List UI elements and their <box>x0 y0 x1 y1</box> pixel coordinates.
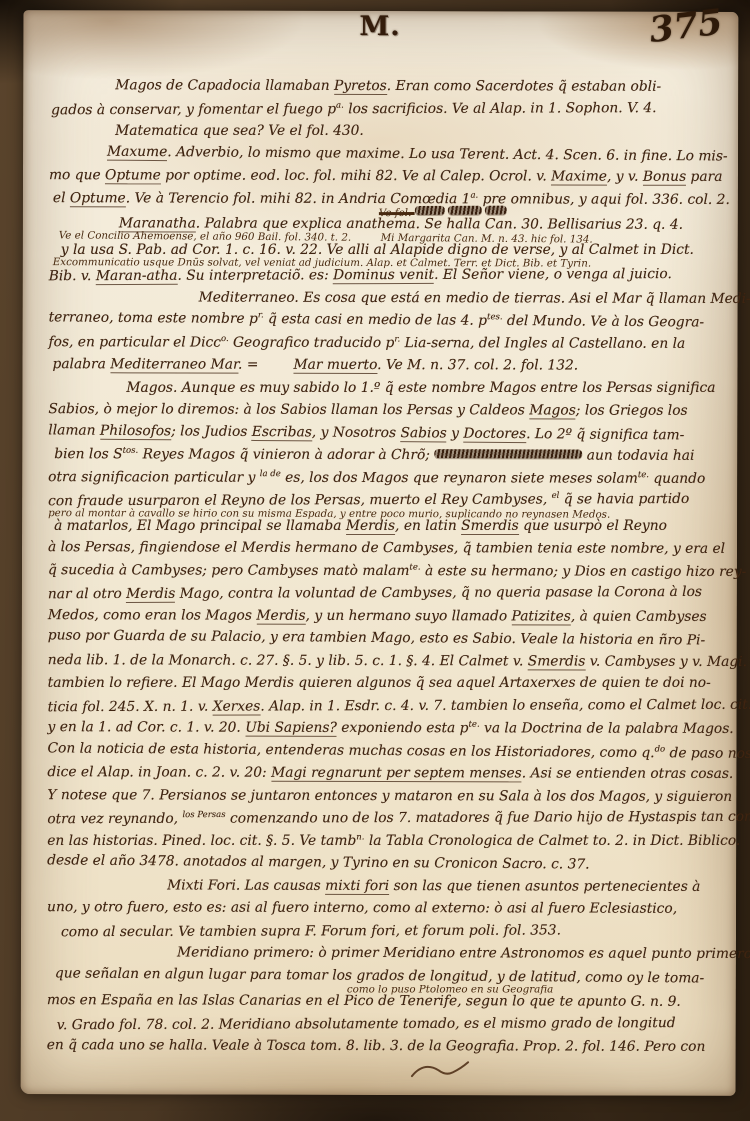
text-segment: que usurpò el Reyno <box>519 518 667 534</box>
text-segment: por optime. eod. loc. fol. mihi 82. Ve a… <box>161 167 551 184</box>
text-segment: pre omnibus, y aqui fol. 336. col. 2. <box>478 191 730 208</box>
manuscript-line: Magos de Capadocia llamaban Pyretos. Era… <box>115 74 736 98</box>
underlined-term: Smerdis <box>528 653 586 670</box>
superscript-insertion: los Persas <box>182 810 225 820</box>
text-segment: . Adverbio, lo mismo que maxime. Lo usa … <box>167 144 727 164</box>
text-segment: como al secular. Ve tambien supra F. For… <box>61 922 561 940</box>
text-segment: mo que <box>49 167 105 183</box>
text-segment: palabra <box>52 356 110 372</box>
manuscript-line: Magos. Aunque es muy sabido lo 1.º q̃ es… <box>126 377 735 400</box>
text-segment: , à quien Cambyses <box>571 608 707 624</box>
underlined-term: Mediterraneo Mar <box>110 356 238 373</box>
underlined-term: Pyretos <box>334 78 387 95</box>
text-segment: . El Señor viene, o venga al juicio. <box>434 266 672 283</box>
text-segment: Con la noticia de esta historia, entende… <box>47 740 654 761</box>
text-segment: el <box>53 190 70 206</box>
section-letter: M. <box>359 11 400 42</box>
text-segment: . Lo 2º q̃ significa tam- <box>526 426 684 443</box>
manuscript-line: con fraude usurparon el Reyno de los Per… <box>48 488 735 513</box>
manuscript-line: ticia fol. 245. X. n. 1. v. Xerxes. Alap… <box>48 693 735 718</box>
manuscript-line: tambien lo refiere. El Mago Merdis quier… <box>48 672 735 695</box>
superscript-insertion: tes. <box>487 312 503 322</box>
manuscript-line: gados à conservar, y fomentar el fuego p… <box>51 96 736 121</box>
text-segment: , y un hermano suyo llamado <box>306 607 512 624</box>
text-segment: Lia-serna, del Ingles al Castellano. en … <box>400 335 685 352</box>
text-segment: gados à conservar, y fomentar el fuego p <box>51 101 336 118</box>
page-number: 375 <box>647 2 724 51</box>
manuscript-line: como al secular. Ve tambien supra F. For… <box>61 918 734 943</box>
manuscript-line: Mediterraneo. Es cosa que está en medio … <box>199 286 736 310</box>
text-segment: q̃ se havia partido <box>559 491 689 507</box>
text-segment: q̃ esta casi en medio de las 4. p <box>264 311 487 329</box>
text-segment: Matematica que sea? Ve el fol. 430. <box>115 123 364 139</box>
text-segment: desde el año 3478. anotados al margen, y… <box>47 852 589 872</box>
underlined-term: Optume <box>70 190 126 207</box>
text-segment: Y notese que 7. Persianos se juntaron en… <box>47 787 732 805</box>
underlined-term: Patizites <box>512 608 571 625</box>
superscript-insertion: te. <box>638 470 649 480</box>
manuscript-line: y en la 1. ad Cor. c. 1. v. 20. Ubi Sapi… <box>48 716 735 740</box>
text-segment: . Asi se entienden otras cosas. <box>522 765 734 782</box>
scribbled-out-text <box>434 449 582 458</box>
text-segment: q̃ sucedia à Cambyses; pero Cambyses mat… <box>48 562 410 579</box>
text-segment: para <box>686 169 722 185</box>
manuscript-line: nar al otro Merdis Mago, contra la volun… <box>48 581 735 606</box>
manuscript-line: à matarlos, El Mago principal se llamaba… <box>54 515 735 538</box>
manuscript-line: q̃ sucedia à Cambyses; pero Cambyses mat… <box>48 559 735 583</box>
underlined-term: Maran-atha <box>96 268 178 285</box>
text-segment: uno, y otro fuero, esto es: asi al fuero… <box>47 899 677 917</box>
superscript-insertion: te. <box>409 562 420 572</box>
superscript-insertion: n. <box>356 832 364 842</box>
text-segment: los sacrificios. Ve al Alap. in 1. Sopho… <box>344 100 657 117</box>
superscript-insertion: do <box>655 744 666 754</box>
text-segment: y <box>447 425 464 441</box>
text-segment: tambien lo refiere. El Mago Merdis quier… <box>48 675 711 691</box>
text-segment: y la usa S. Pab. ad Cor. 1. c. 16. v. 22… <box>61 242 694 258</box>
text-segment: Ve fol. <box>379 207 415 219</box>
text-segment: otra significacion particular y <box>48 469 260 486</box>
text-segment: dice el Alap. in Joan. c. 2. v. 20: <box>47 764 271 781</box>
superscript-insertion: tos. <box>123 446 139 456</box>
text-segment: v. Cambyses y v. Magi. <box>585 653 747 669</box>
text-segment: , y v. <box>607 169 643 185</box>
text-segment: Reyes Magos q̃ vinieron à adorar à Chrõ; <box>138 446 434 463</box>
text-segment: con fraude usurparon el Reyno de los Per… <box>48 491 552 509</box>
text-segment: à los Persas, fingiendose el Merdis herm… <box>48 539 725 557</box>
manuscript-line: Y notese que 7. Persianos se juntaron en… <box>47 784 734 808</box>
underlined-term: Mar muerto <box>293 357 377 374</box>
manuscript-line: Sabios, ò mejor lo diremos: à los Sabios… <box>48 398 735 422</box>
scanned-page: M. 375 Magos de Capadocia llamaban Pyret… <box>0 0 750 1121</box>
underlined-term: Magi regnarunt per septem menses <box>271 765 522 783</box>
manuscript-line: palabra Mediterraneo Mar. = Mar muerto. … <box>52 353 735 377</box>
superscript-insertion: te. <box>468 720 479 730</box>
underlined-term: Merdis <box>256 607 305 624</box>
superscript-insertion: o. <box>221 333 229 343</box>
text-segment: la Tabla Cronologica de Calmet to. 2. in… <box>364 833 740 849</box>
text-segment: puso por Guarda de su Palacio, y era tam… <box>48 627 705 648</box>
text-segment: terraneo, toma este nombre p <box>49 309 258 327</box>
underlined-term: Maxime <box>551 168 607 185</box>
text-segment: de paso nos <box>665 745 750 762</box>
text-segment: ticia fol. 245. X. n. 1. v. <box>48 698 213 715</box>
text-segment: à este su hermano; y Dios en castigo hiz… <box>421 563 747 580</box>
superscript-insertion: a. <box>336 100 344 110</box>
text-segment: es, los dos Magos que reynaron siete mes… <box>281 469 638 486</box>
underlined-term: Maxume <box>107 143 167 160</box>
manuscript-line: fos, en particular el Dicco. Geografico … <box>49 331 736 355</box>
text-segment: Mediterraneo. Es cosa que está en medio … <box>199 289 750 306</box>
manuscript-line: otra vez reynando, los Persas comenzando… <box>47 806 734 831</box>
manuscript-line: à los Persas, fingiendose el Merdis herm… <box>48 536 735 560</box>
text-segment: quando <box>649 470 705 486</box>
manuscript-line: Ve fol. <box>379 206 736 219</box>
text-segment: . Ve M. n. 37. col. 2. fol. 132. <box>377 357 578 374</box>
text-segment: . Alap. in 1. Esdr. c. 4. v. 7. tambien … <box>260 696 750 714</box>
scribbled-out-text <box>415 206 445 215</box>
scribbled-out-text <box>448 206 482 215</box>
manuscript-line: Bib. v. Maran-atha. Su interpretaciõ. es… <box>49 263 736 288</box>
text-segment: v. Grado fol. 78. col. 2. Meridiano abso… <box>57 1015 676 1033</box>
text-segment: llaman <box>48 422 100 438</box>
text-segment: Sabios, ò mejor lo diremos: à los Sabios… <box>48 401 529 418</box>
manuscript-line: dice el Alap. in Joan. c. 2. v. 20: Magi… <box>47 761 734 785</box>
text-segment: neda lib. 1. de la Monarch. c. 27. §. 5.… <box>48 652 528 669</box>
manuscript-line: desde el año 3478. anotados al margen, y… <box>47 849 734 877</box>
text-segment: à matarlos, El Mago principal se llamaba <box>54 518 346 534</box>
underlined-term: Philosofos <box>100 422 171 440</box>
text-segment: . Su interpretaciõ. es: <box>177 267 333 284</box>
text-segment: y en la 1. ad Cor. c. 1. v. 20. <box>48 719 246 736</box>
underlined-term: Magos <box>529 402 576 419</box>
underlined-term: Escribas <box>252 423 312 440</box>
underlined-term: Ubi Sapiens? <box>245 720 337 737</box>
underlined-term: Dominus venit <box>333 267 434 284</box>
underlined-term: mixti fori <box>325 877 389 894</box>
manuscript-line: Maxume. Adverbio, lo mismo que maxime. L… <box>107 140 736 167</box>
underlined-term: Merdis <box>126 586 175 603</box>
underlined-term: Doctores <box>463 425 526 442</box>
text-segment: del Mundo. Ve à los Geogra- <box>502 313 704 331</box>
text-segment: en q̃ cada uno se halla. Veale à Tosca t… <box>47 1037 706 1055</box>
manuscript-line: Mixti Fori. Las causas mixti fori son la… <box>167 874 734 898</box>
underlined-term: Smerdis <box>461 518 519 535</box>
text-segment: Magos de Capadocia llamaban <box>115 77 334 94</box>
text-segment: son las que tienen asuntos perteneciente… <box>389 878 700 895</box>
text-segment: , y Nosotros <box>312 424 401 441</box>
manuscript-line: v. Grado fol. 78. col. 2. Meridiano abso… <box>57 1011 734 1036</box>
manuscript-line: en q̃ cada uno se halla. Veale à Tosca t… <box>47 1034 734 1058</box>
text-segment: otra vez reynando, <box>47 811 182 827</box>
text-segment: . = <box>238 357 293 373</box>
superscript-insertion: la de <box>260 469 281 479</box>
manuscript-line: otra significacion particular y la de es… <box>48 466 735 490</box>
underlined-term: Bonus <box>643 169 686 186</box>
ink-flourish <box>408 1059 473 1083</box>
manuscript-lines: Magos de Capadocia llamaban Pyretos. Era… <box>47 74 737 1058</box>
text-segment: Bib. v. <box>49 268 96 284</box>
manuscript-line: como lo puso Ptolomeo en su Geografia <box>347 983 734 995</box>
text-segment: fos, en particular el Dicc <box>49 334 221 350</box>
text-segment: nar al otro <box>48 586 126 602</box>
text-segment: . Ve à Terencio fol. mihi 82. in Andria … <box>126 190 471 207</box>
manuscript-line: Meridiano primero: ò primer Meridiano en… <box>177 941 734 965</box>
manuscript-line: y la usa S. Pab. ad Cor. 1. c. 16. v. 22… <box>61 239 736 262</box>
text-segment: Meridiano primero: ò primer Meridiano en… <box>177 944 750 962</box>
manuscript-line: Con la noticia de esta historia, entende… <box>47 737 734 765</box>
text-segment: , en latin <box>395 518 461 534</box>
manuscript-line: Matematica que sea? Ve el fol. 430. <box>115 120 736 143</box>
manuscript-line: en las historias. Pined. loc. cit. §. 5.… <box>47 830 734 853</box>
text-segment: va la Doctrina de la palabra Magos. <box>480 720 734 737</box>
manuscript-line: mo que Optume por optime. eod. loc. fol.… <box>49 164 736 188</box>
manuscript-paper: M. 375 Magos de Capadocia llamaban Pyret… <box>21 10 739 1096</box>
text-segment: bien los S <box>54 446 122 462</box>
scribbled-out-text <box>485 206 507 215</box>
text-segment: en las historias. Pined. loc. cit. §. 5.… <box>47 833 356 849</box>
text-segment: Medos, como eran los Magos <box>48 607 257 624</box>
manuscript-line: llaman Philosofos; los Judios Escribas, … <box>48 419 735 447</box>
text-segment: Magos. Aunque es muy sabido lo 1.º q̃ es… <box>126 380 715 396</box>
text-segment: Geografico traducido p <box>229 334 395 350</box>
text-segment: Mago, contra la voluntad de Cambyses, q̃… <box>175 584 702 602</box>
text-segment: ; los Judios <box>171 423 252 440</box>
text-segment: Mixti Fori. Las causas <box>167 877 325 893</box>
underlined-term: Sabios <box>400 425 446 442</box>
manuscript-line: bien los Stos. Reyes Magos q̃ vinieron à… <box>54 443 735 467</box>
underlined-term: Xerxes <box>213 698 261 715</box>
underlined-term: Merdis <box>346 518 395 535</box>
text-segment: como lo puso Ptolomeo en su Geografia <box>347 983 553 995</box>
manuscript-line: uno, y otro fuero, esto es: asi al fuero… <box>47 896 734 920</box>
text-segment: . Eran como Sacerdotes q̃ estaban obli- <box>387 78 661 95</box>
text-segment: aun todavia hai <box>582 448 694 464</box>
text-segment: ; los Griegos los <box>576 403 688 419</box>
underlined-term: Optume <box>105 167 161 184</box>
manuscript-line: neda lib. 1. de la Monarch. c. 27. §. 5.… <box>48 649 735 673</box>
text-segment: exponiendo esta p <box>337 720 469 736</box>
text-segment: comenzando uno de los 7. matadores q̃ fu… <box>226 809 750 827</box>
